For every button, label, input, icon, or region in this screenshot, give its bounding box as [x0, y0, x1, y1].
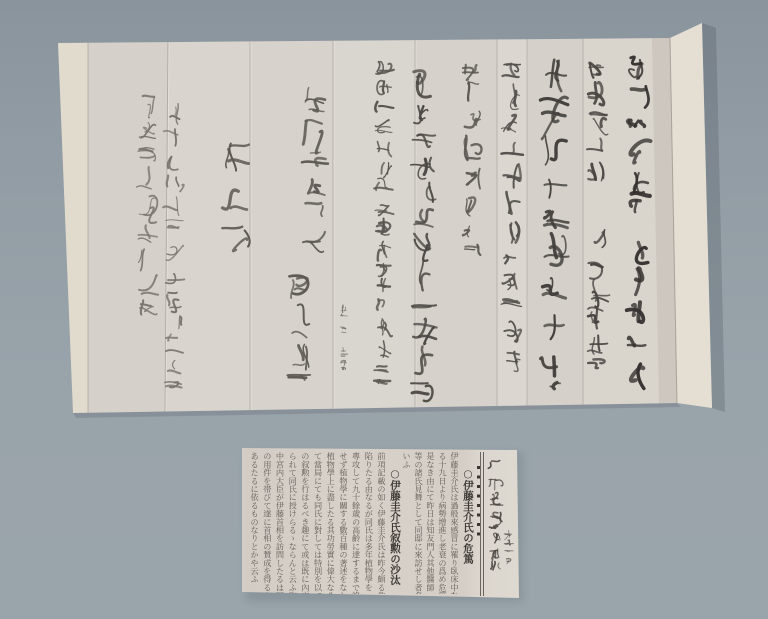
letter-signature: 圭介 — [285, 275, 317, 383]
article-2-text-column: 中宮内大臣が伊藤首相を訪問したるは同氏叙勲 — [274, 452, 287, 594]
article-2-text-column: の用件を帯びて遂に首相の賛成を得るまで — [261, 452, 274, 594]
brush-strokes — [503, 530, 514, 570]
clipping-source-annotation: 時事新報 — [487, 458, 504, 530]
letter-column: 御報所處御承之 — [409, 63, 439, 400]
newspaper-clipping: ○伊藤圭介氏の危篤 伊藤圭介氏は過般來感冒に罹り臥床中なりしが去 る十九日より病… — [242, 448, 519, 599]
brush-strokes — [340, 305, 348, 370]
article-2-text-column: て當局にても同氏に對しては特別を以て特別 — [312, 452, 325, 594]
letter-column: 蒲廣 ○通信候 — [585, 58, 611, 366]
brush-strokes — [218, 140, 254, 262]
letter-addressee: 子平様 — [218, 140, 254, 262]
brush-strokes — [300, 82, 330, 257]
article-2-text-column: 專攻して九十餘歳の高齡に達するまで終始 — [350, 452, 363, 594]
article-2-text-column: られて同氏に授けらるゝならんと云ふ昨日田 — [287, 452, 300, 594]
article-2-headline: ○伊藤圭介氏叙勲の沙汰 — [388, 452, 401, 594]
brush-strokes — [585, 58, 611, 366]
brush-strokes — [487, 458, 504, 530]
article-1-headline: ○伊藤圭介氏の危篤 — [461, 452, 474, 594]
printed-text-area: ○伊藤圭介氏の危篤 伊藤圭介氏は過般來感冒に罹り臥床中なりしが去 る十九日より病… — [245, 452, 480, 594]
brush-strokes — [162, 100, 186, 392]
article-1-text-column: いふ — [401, 452, 413, 594]
brush-strokes — [537, 56, 571, 390]
column-rule-line — [483, 452, 484, 596]
letter-column: 出候也昔の御紙候之 — [373, 60, 395, 385]
left-strip — [58, 43, 88, 413]
letter-column: 白居作節 御細壽 — [620, 55, 654, 390]
brush-strokes — [285, 275, 317, 383]
article-1-text-column: 是なき由にて昨日は知友門人其他醫師 — [425, 452, 437, 594]
brush-strokes — [620, 55, 654, 390]
brush-strokes — [499, 60, 525, 370]
brush-strokes — [488, 533, 502, 571]
brush-strokes — [134, 92, 160, 318]
small-ink-marks — [340, 305, 348, 370]
letter-column: 之失上候得共先是 — [499, 60, 525, 370]
article-1-text-column: る十九日より病勢增進し老衰の爲め危篤に — [437, 452, 449, 594]
article-1-text-column: 伊藤圭介氏は過般來感冒に罹り臥床中なりしが去 — [449, 452, 461, 594]
photo-stage: 白居作節 御細壽 蒲廣 ○通信候 候らし隣前丹處上 之失上候得共先是 以謹而しか… — [0, 0, 768, 619]
article-2-text-column: の叙勲を行はるべき趣にて或は既に內定せ — [299, 452, 312, 594]
letter-date-column: 一月十六朝 — [300, 82, 330, 257]
headline-marks — [477, 466, 480, 542]
clipping-year-annotation: 卅四年 — [503, 530, 514, 570]
article-2-text-column: 植物學上に盡したる其功勞實に偉大なるを以 — [325, 452, 338, 594]
letter-column: 候らし隣前丹處上 — [537, 56, 571, 390]
brush-strokes — [409, 63, 439, 400]
article-2-text-column: 前項記載の如く伊藤圭介氏は昨今頗る危篤に — [375, 452, 388, 594]
brush-strokes — [373, 60, 395, 385]
clipping-date-annotation: 一月廿一 — [488, 533, 502, 571]
article-1-text-column: 等の諸氏見舞として同邸に來訪せし者多しと — [413, 452, 425, 594]
brush-strokes — [459, 60, 485, 255]
letter-column: 以謹而しかん — [459, 60, 485, 255]
article-2-text-column: あるたるに依るものなりとかや云ふ — [248, 452, 261, 594]
column-rule-line — [480, 452, 481, 596]
article-2-text-column: せず植物學に關する數百種の著述をなし本邦 — [337, 452, 350, 594]
letter-postscript-column: 二白 御海容奉願上候 — [162, 100, 186, 392]
letter-postscript-column: 芳くして有之 — [134, 92, 160, 318]
article-2-text-column: 陷りたる由なるが同氏は多年植物學を — [363, 452, 376, 594]
